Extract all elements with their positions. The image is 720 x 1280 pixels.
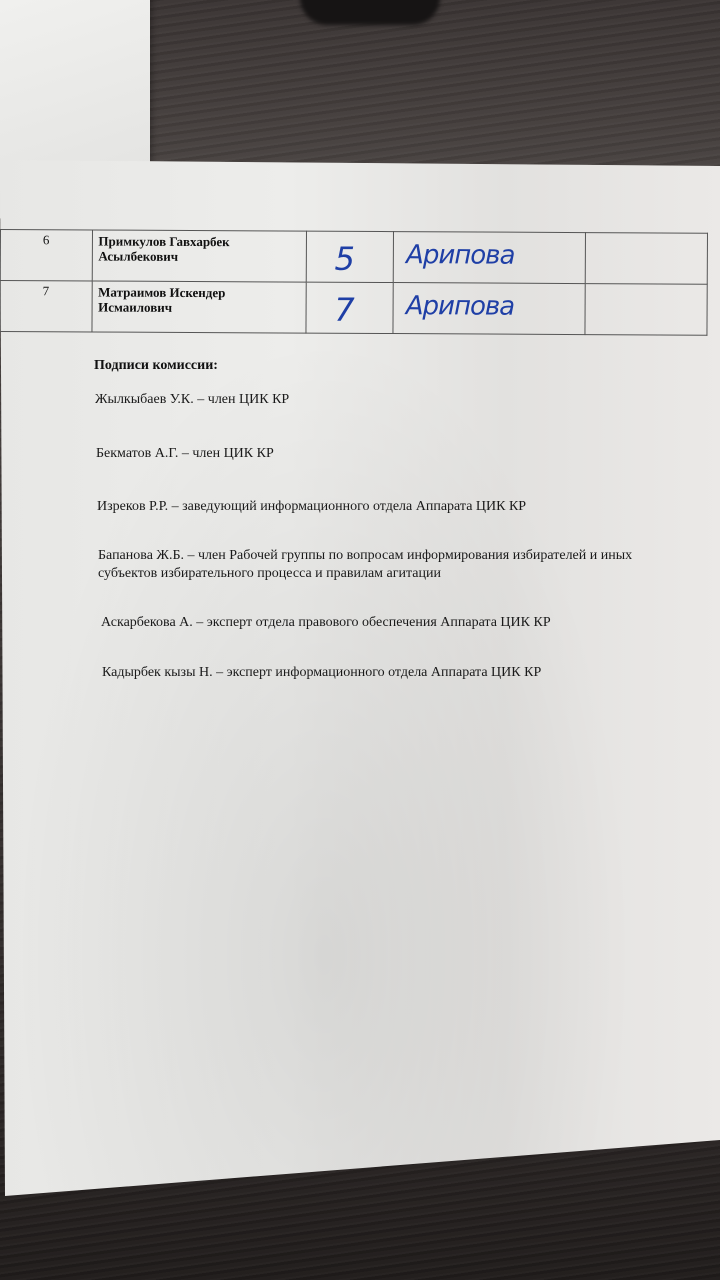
table-row: 7 Матраимов Искендер Исмаилович 7 Арипов… (0, 281, 707, 336)
row-number: 7 (0, 281, 92, 332)
candidate-name: Примкулов Гавхарбек Асылбекович (92, 230, 306, 282)
empty-cell (585, 284, 707, 336)
dark-object (300, 0, 440, 25)
table-row: 6 Примкулов Гавхарбек Асылбекович 5 Арип… (0, 230, 707, 285)
signature-cell: Арипова (393, 283, 585, 335)
signature-cell: Арипова (393, 232, 585, 284)
empty-cell (586, 233, 708, 285)
commission-member: Кадырбек кызы Н. – эксперт информационно… (102, 664, 541, 682)
commission-member: Изреков Р.Р. – заведующий информационног… (97, 498, 526, 516)
results-table: 6 Примкулов Гавхарбек Асылбекович 5 Арип… (0, 229, 708, 336)
score-cell: 5 (306, 231, 394, 282)
score-cell: 7 (306, 282, 394, 333)
handwritten-signature: Арипова (406, 240, 515, 271)
candidate-name: Матраимов Искендер Исмаилович (91, 281, 305, 333)
commission-member: Аскарбекова А. – эксперт отдела правовог… (101, 614, 551, 632)
row-number: 6 (0, 230, 92, 281)
commission-signatures-title: Подписи комиссии: (94, 358, 218, 374)
handwritten-score: 5 (334, 240, 355, 278)
handwritten-signature: Арипова (406, 291, 515, 322)
handwritten-score: 7 (334, 291, 355, 329)
commission-member: Бапанова Ж.Б. – член Рабочей группы по в… (98, 547, 688, 583)
commission-member: Бекматов А.Г. – член ЦИК КР (96, 445, 274, 463)
commission-member: Жылкыбаев У.К. – член ЦИК КР (95, 391, 289, 409)
